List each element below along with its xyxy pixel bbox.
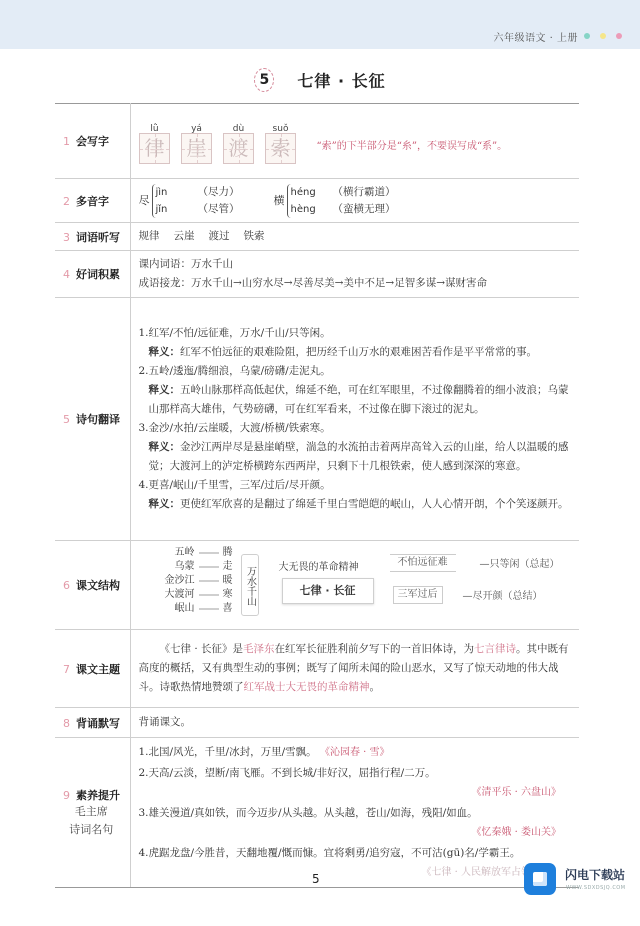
row-label-text: 课文主题 [76,663,120,676]
theme-text: 《七律 · 长征》是 [160,643,244,655]
place: 乌蒙 [157,560,195,574]
explanation-text: 更使红军欣喜的是翻过了绵延千里白雪皑皑的岷山，人人心情开朗，个个笑逐颜开。 [180,498,569,510]
verb: 走 [223,560,233,574]
pinyin: suǒ [273,120,289,133]
row-label: 7课文主题 [55,630,130,708]
quote-text: 4.虎踞龙盘/今胜昔，天翻地覆/慨而慷。宜将剩勇/追穷寇，不可沽(gū)名/学霸… [139,847,521,859]
row-theme: 7课文主题 《七律 · 长征》是毛泽东在红军长征胜利前夕写下的一首旧体诗，为七言… [55,630,579,708]
pinyin: lǜ [150,120,158,133]
writing-grid: 崖 [181,133,212,164]
lesson-number: 5 [254,68,274,92]
dictation-word: 铁索 [244,230,265,242]
pinyin: yá [191,120,202,133]
theme-text: 在红军长征胜利前夕写下的一首旧体诗，为 [275,643,475,655]
row-label-text: 课文结构 [76,579,120,592]
decor-dot-teal-icon [584,33,590,39]
poem-line: 4.更喜/岷山/千里雪，三军/过后/尽开颜。 [139,476,572,495]
highlight-author: 毛泽东 [243,643,275,655]
char-card: dù渡 [223,120,255,164]
row-number: 1 [63,135,70,148]
row-content: 《七律 · 长征》是毛泽东在红军长征胜利前夕写下的一首旧体诗，为七言律诗。其中既… [130,630,579,708]
dictation-word: 云崖 [174,230,195,242]
poem-line: 2.五岭/逶迤/腾细浪，乌蒙/磅礴/走泥丸。 [139,362,572,381]
row-content: 规律云崖渡过铁索 [130,223,579,251]
structure-diagram: 五岭腾 乌蒙走 金沙江暖 大渡河寒 岷山喜 万水千山 大无畏的革命精神 七律 ·… [135,542,576,628]
watermark-logo-icon [524,863,556,895]
row-label: 8背诵默写 [55,708,130,738]
quote-source: 《沁园春 · 雪》 [320,747,390,758]
row-label: 6课文结构 [55,541,130,630]
quote-text: 1.北国/风光，千里/冰封，万里/雪飘。 [139,746,317,758]
row-label-text: 会写字 [76,135,109,148]
writing-grid: 渡 [223,133,254,164]
writing-grid: 律 [139,133,170,164]
example-word: （尽力） [198,186,240,198]
vocab-line: 课内词语：万水千山 [139,255,572,274]
row-sublabel: 诗词名句 [63,821,130,839]
row-content: 课内词语：万水千山 成语接龙：万水千山→山穷水尽→尽善尽美→美中不足→足智多谋→… [130,251,579,298]
structure-note-bottom: —尽开颜（总结） [463,587,543,606]
row-label: 4好词积累 [55,251,130,298]
study-table: 1会写字 lǜ律 yá崖 dù渡 suǒ索 “索”的下半部分是“糸”，不要误写成… [55,103,579,888]
row-label: 1会写字 [55,104,130,179]
structure-note-top: —只等闲（总起） [480,555,560,574]
row-number: 6 [63,579,70,592]
writing-grid: 索 [265,133,296,164]
row-number: 4 [63,268,70,281]
dictation-word: 规律 [139,230,160,242]
row-label: 5诗句翻译 [55,298,130,541]
highlight-form: 七言律诗 [474,643,516,655]
quote-source: 《七律 · 人民解放军占领南京》 [139,863,572,883]
watermark-url: WWW.SDXDSJQ.COM [566,885,626,891]
place: 金沙江 [157,574,195,588]
row-label-text: 词语听写 [76,231,120,244]
row-number: 7 [63,663,70,676]
decor-dot-yellow-icon [600,33,606,39]
row-label: 3词语听写 [55,223,130,251]
quote-item: 2.天高/云淡，望断/南飞雁。不到长城/非好汉，屈指行程/二万。 [139,763,572,783]
row-polyphones: 2多音字 尽 jìn（尽力） jǐn（尽管） 横 héng（横行霸道） hèng… [55,179,579,223]
watermark-name: 闪电下载站 [565,866,625,883]
row-number: 8 [63,717,70,730]
row-content: 五岭腾 乌蒙走 金沙江暖 大渡河寒 岷山喜 万水千山 大无畏的革命精神 七律 ·… [130,541,579,630]
dictation-word: 渡过 [209,230,230,242]
quote-item: 1.北国/风光，千里/冰封，万里/雪飘。 《沁园春 · 雪》 [139,742,572,763]
explanation: 释义：红军不怕远征的艰难险阻，把历经千山万水的艰难困苦看作是平平常常的事。 [139,343,572,362]
pinyin: jìn [156,184,198,201]
lesson-title-text: 七律 · 长征 [297,72,385,91]
page-header-band: 六年级语文 · 上册 [0,0,640,49]
row-content: 1.北国/风光，千里/冰封，万里/雪飘。 《沁园春 · 雪》 2.天高/云淡，望… [130,738,579,888]
verb: 腾 [223,546,233,560]
row-label: 9素养提升毛主席诗词名句 [55,738,130,888]
char-card: suǒ索 [265,120,297,164]
quote-source: 《忆秦娥 · 娄山关》 [139,823,572,843]
row-content: 1.红军/不怕/远征难，万水/千山/只等闲。 释义：红军不怕远征的艰难险阻，把历… [130,298,579,541]
place-verb-list: 五岭腾 乌蒙走 金沙江暖 大渡河寒 岷山喜 [157,546,233,616]
row-content: 背诵课文。 [130,708,579,738]
quote-text: 3.雄关漫道/真如铁，而今迈步/从头越。从头越，苍山/如海，残阳/如血。 [139,807,478,819]
row-content: lǜ律 yá崖 dù渡 suǒ索 “索”的下半部分是“糸”，不要误写成“系”。 [130,104,579,179]
pinyin: dù [233,120,244,133]
row-content: 尽 jìn（尽力） jǐn（尽管） 横 héng（横行霸道） hèng（蛮横无理… [130,179,579,223]
row-vocabulary: 4好词积累 课内词语：万水千山 成语接龙：万水千山→山穷水尽→尽善尽美→美中不足… [55,251,579,298]
decor-dot-pink-icon [616,33,622,39]
pinyin: héng [291,184,333,201]
structure-box-top: 不怕远征难 [390,554,456,572]
row-translation: 5诗句翻译 1.红军/不怕/远征难，万水/千山/只等闲。 释义：红军不怕远征的艰… [55,298,579,541]
explanation: 释义：金沙江两岸尽是悬崖峭壁，湍急的水流拍击着两岸高耸入云的山崖，给人以温暖的感… [139,438,572,476]
quote-text: 2.天高/云淡，望断/南飞雁。不到长城/非好汉，屈指行程/二万。 [139,767,436,779]
row-label-text: 素养提升 [76,789,120,802]
row-number: 5 [63,413,70,426]
place: 五岭 [157,546,195,560]
row-label-text: 多音字 [76,195,109,208]
polyphone-group: 横 héng（横行霸道） hèng（蛮横无理） [274,184,396,218]
idiom-chain: 成语接龙：万水千山→山穷水尽→尽善尽美→美中不足→足智多谋→谋财害命 [139,274,572,293]
row-sublabel: 毛主席 [63,803,130,821]
structure-box-bottom: 三军过后 [393,586,443,604]
example-word: （蛮横无理） [333,203,396,215]
row-structure: 6课文结构 五岭腾 乌蒙走 金沙江暖 大渡河寒 岷山喜 万水千山 大无畏的革命精… [55,541,579,630]
place: 大渡河 [157,588,195,602]
lesson-title: 5 七律 · 长征 [0,68,640,92]
explanation-label: 释义： [149,498,181,510]
theme-text: 。 [370,681,381,693]
row-label-text: 诗句翻译 [76,413,120,426]
page-number: 5 [312,872,320,886]
char-card: yá崖 [181,120,213,164]
vertical-box: 万水千山 [241,554,259,616]
explanation-text: 五岭山脉那样高低起伏，绵延不绝，可在红军眼里，不过像翻腾着的细小波浪；乌蒙山那样… [149,384,569,415]
row-write-chars: 1会写字 lǜ律 yá崖 dù渡 suǒ索 “索”的下半部分是“糸”，不要误写成… [55,104,579,179]
row-dictation: 3词语听写 规律云崖渡过铁索 [55,223,579,251]
explanation-text: 金沙江两岸尽是悬崖峭壁，湍急的水流拍击着两岸高耸入云的山崖，给人以温暖的感觉；大… [149,441,569,472]
cube-icon [533,872,547,886]
row-recite: 8背诵默写 背诵课文。 [55,708,579,738]
explanation-text: 红军不怕远征的艰难险阻，把历经千山万水的艰难困苦看作是平平常常的事。 [180,346,537,358]
spirit-label: 大无畏的革命精神 [279,558,359,577]
row-number: 2 [63,195,70,208]
polyphone-char: 尽 [139,191,150,210]
quote-item: 3.雄关漫道/真如铁，而今迈步/从头越。从头越，苍山/如海，残阳/如血。 [139,803,572,823]
explanation-label: 释义： [149,384,181,396]
writing-note: “索”的下半部分是“糸”，不要误写成“系”。 [317,137,508,164]
book-title: 六年级语文 · 上册 [493,29,578,44]
row-label-text: 背诵默写 [76,717,120,730]
example-word: （尽管） [198,203,240,215]
poem-line: 1.红军/不怕/远征难，万水/千山/只等闲。 [139,324,572,343]
verb: 寒 [223,588,233,602]
char-card: lǜ律 [139,120,171,164]
poem-line: 3.金沙/水拍/云崖暖，大渡/桥横/铁索寒。 [139,419,572,438]
row-number: 3 [63,231,70,244]
row-label: 2多音字 [55,179,130,223]
row-label-text: 好词积累 [76,268,120,281]
verb: 喜 [223,602,233,616]
pinyin: hèng [291,201,333,218]
explanation: 释义：更使红军欣喜的是翻过了绵延千里白雪皑皑的岷山，人人心情开朗，个个笑逐颜开。 [139,495,572,514]
explanation: 释义：五岭山脉那样高低起伏，绵延不绝，可在红军眼里，不过像翻腾着的细小波浪；乌蒙… [139,381,572,419]
polyphone-group: 尽 jìn（尽力） jǐn（尽管） [139,184,240,218]
place: 岷山 [157,602,195,616]
row-number: 9 [63,789,70,802]
example-word: （横行霸道） [333,186,396,198]
quote-source: 《清平乐 · 六盘山》 [139,783,572,803]
row-enrichment: 9素养提升毛主席诗词名句 1.北国/风光，千里/冰封，万里/雪飘。 《沁园春 ·… [55,738,579,888]
polyphone-char: 横 [274,191,285,210]
quote-item: 4.虎踞龙盘/今胜昔，天翻地覆/慨而慷。宜将剩勇/追穷寇，不可沽(gū)名/学霸… [139,843,572,863]
explanation-label: 释义： [149,346,181,358]
verb: 暖 [223,574,233,588]
highlight-spirit: 红军战士大无畏的革命精神 [244,681,370,693]
pinyin: jǐn [156,201,198,218]
explanation-label: 释义： [149,441,181,453]
center-title-box: 七律 · 长征 [282,578,374,604]
